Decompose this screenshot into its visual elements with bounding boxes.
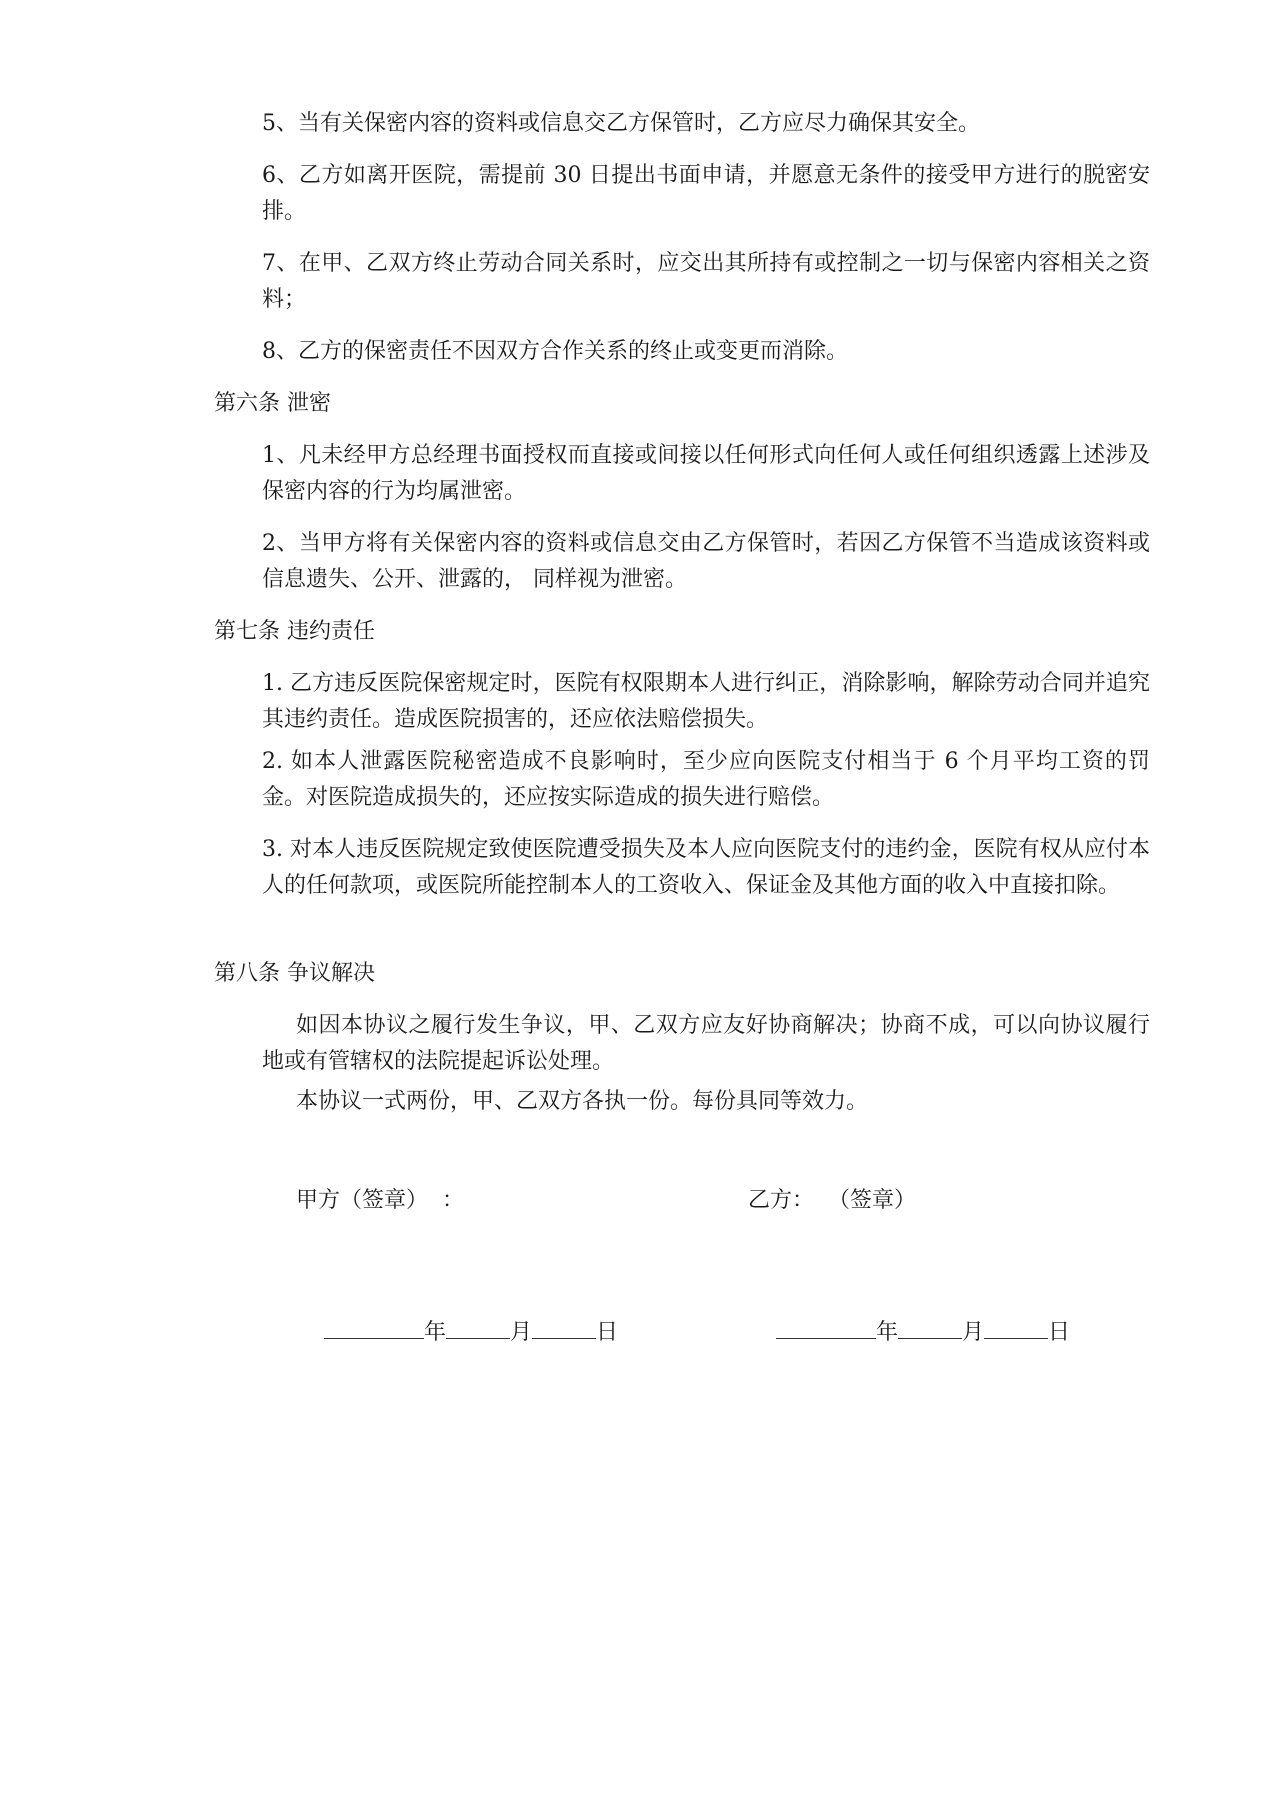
party-b-date: 年月日 <box>748 1286 1070 1378</box>
month-blank[interactable] <box>446 1316 510 1339</box>
article-6-item-1: 1、凡未经甲方总经理书面授权而直接或间接以任何形式向任何人或任何组织透露上述涉及… <box>262 438 1150 510</box>
clause-item-8: 8、乙方的保密责任不因双方合作关系的终止或变更而消除。 <box>262 334 1150 370</box>
article-8-item-2: 本协议一式两份，甲、乙双方各执一份。每份具同等效力。 <box>262 1084 1150 1120</box>
year-blank[interactable] <box>776 1316 876 1339</box>
article-8-heading: 第八条 争议解决 <box>214 956 375 992</box>
article-8-item-1: 如因本协议之履行发生争议，甲、乙双方应友好协商解决；协商不成，可以向协议履行地或… <box>262 1008 1150 1080</box>
year-blank[interactable] <box>324 1316 424 1339</box>
clause-item-5: 5、当有关保密内容的资料或信息交乙方保管时，乙方应尽力确保其安全。 <box>262 106 1150 142</box>
article-7-item-1: 1. 乙方违反医院保密规定时，医院有权限期本人进行纠正，消除影响，解除劳动合同并… <box>262 666 1150 738</box>
day-blank[interactable] <box>532 1316 596 1339</box>
article-7-item-2: 2. 如本人泄露医院秘密造成不良影响时，至少应向医院支付相当于 6 个月平均工资… <box>262 744 1150 816</box>
article-6-heading: 第六条 泄密 <box>214 386 331 422</box>
party-b-signature-label: 乙方： （签章） <box>748 1186 916 1216</box>
party-a-signature-label: 甲方（签章） ： <box>296 1186 464 1216</box>
month-blank[interactable] <box>898 1316 962 1339</box>
day-blank[interactable] <box>984 1316 1048 1339</box>
article-7-item-3: 3. 对本人违反医院规定致使医院遭受损失及本人应向医院支付的违约金，医院有权从应… <box>262 832 1150 904</box>
document-page: 5、当有关保密内容的资料或信息交乙方保管时，乙方应尽力确保其安全。 6、乙方如离… <box>0 0 1280 1810</box>
party-a-date: 年月日 <box>296 1286 618 1378</box>
article-6-item-2: 2、当甲方将有关保密内容的资料或信息交由乙方保管时，若因乙方保管不当造成该资料或… <box>262 526 1150 598</box>
clause-item-7: 7、在甲、乙双方终止劳动合同关系时，应交出其所持有或控制之一切与保密内容相关之资… <box>262 246 1150 318</box>
clause-item-6: 6、乙方如离开医院，需提前 30 日提出书面申请，并愿意无条件的接受甲方进行的脱… <box>262 158 1150 230</box>
article-7-heading: 第七条 违约责任 <box>214 614 375 650</box>
